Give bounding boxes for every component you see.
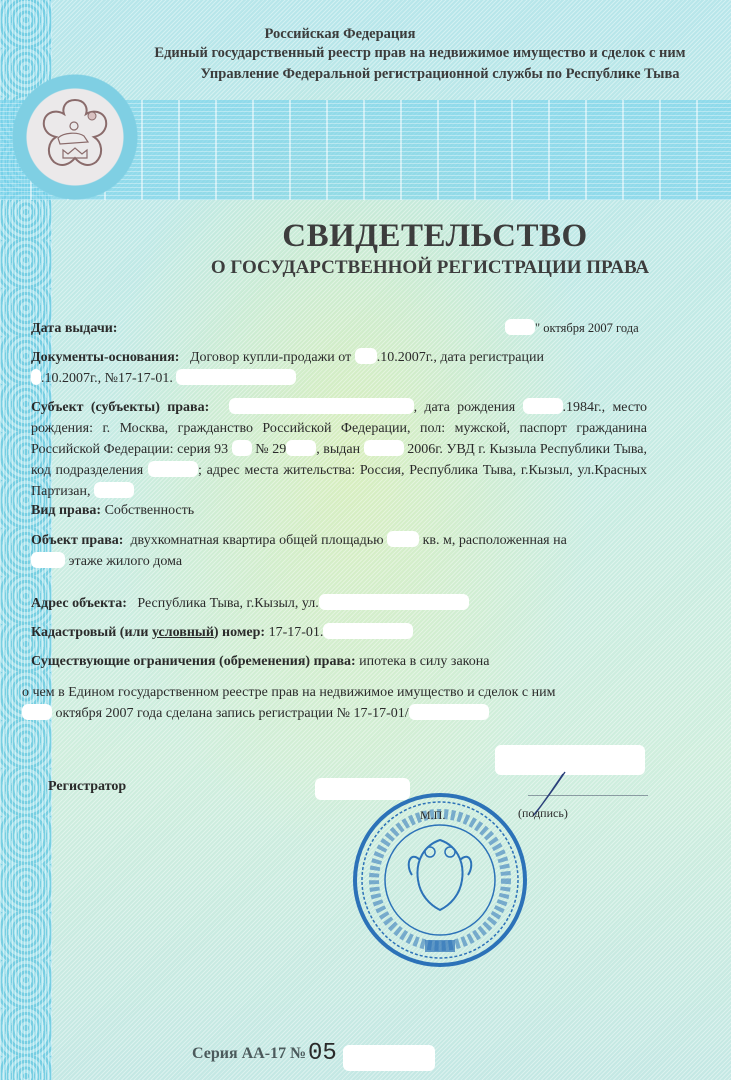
redacted-day (505, 319, 535, 335)
redacted-area (387, 531, 419, 547)
issue-date-label: Дата выдачи: (31, 321, 117, 336)
header-authority: Управление Федеральной регистрационной с… (140, 66, 731, 83)
redacted-number (176, 369, 296, 385)
redacted-house (94, 482, 134, 498)
restrictions-field: Существующие ограничения (обременения) п… (31, 651, 647, 672)
cadastral-field: Кадастровый (или условный) номер: 17-17-… (31, 622, 647, 643)
document-subtitle: О ГОСУДАРСТВЕННОЙ РЕГИСТРАЦИИ ПРАВА (150, 257, 710, 279)
header-registry: Единый государственный реестр прав на не… (120, 45, 720, 62)
issue-date-value: " октября 2007 года (505, 319, 639, 336)
right-type-value: Собственность (105, 503, 195, 518)
subject-label: Субъект (субъекты) права: (31, 400, 209, 415)
cadastral-value: 17-17-01. (269, 625, 324, 640)
redacted-date (31, 369, 41, 385)
record-field: о чем в Едином государственном реестре п… (22, 682, 662, 724)
header-country: Российская Федерация (60, 26, 620, 43)
redacted-passport-series (232, 440, 252, 456)
object-label: Объект права: (31, 533, 123, 548)
documents-field: Документы-основания: Договор купли-прода… (31, 347, 647, 389)
redacted-day (22, 704, 52, 720)
redacted-passport-number (286, 440, 316, 456)
series-number: 05 (308, 1040, 337, 1067)
series-label: Серия АА-17 № (192, 1045, 306, 1063)
redacted-cadastral (323, 623, 413, 639)
redacted-floor (31, 552, 65, 568)
redacted-record-number (409, 704, 489, 720)
subject-field: Субъект (субъекты) права: , дата рождени… (31, 397, 647, 502)
right-type-field: Вид права: Собственность (31, 500, 647, 521)
document-title: СВИДЕТЕЛЬСТВО (150, 218, 720, 255)
mp-label: М.П. (420, 808, 445, 823)
documents-label: Документы-основания: (31, 350, 179, 365)
registrar-label: Регистратор (48, 779, 126, 795)
right-type-label: Вид права: (31, 503, 101, 518)
redacted-street (319, 594, 469, 610)
redacted-issue-date (364, 440, 404, 456)
redacted-name (229, 398, 414, 414)
redacted-birthdate (523, 398, 563, 414)
tuva-coat-of-arms-icon (30, 92, 120, 182)
redacted-series-number (343, 1045, 435, 1071)
cadastral-label: Кадастровый (или условный) номер: (31, 625, 265, 640)
address-field: Адрес объекта: Республика Тыва, г.Кызыл,… (31, 593, 647, 614)
address-label: Адрес объекта: (31, 596, 127, 611)
redacted-date (355, 348, 377, 364)
restrictions-label: Существующие ограничения (обременения) п… (31, 654, 356, 669)
emblem (8, 70, 142, 204)
object-field: Объект права: двухкомнатная квартира общ… (31, 530, 647, 572)
redacted-division-code (148, 461, 198, 477)
restrictions-value: ипотека в силу закона (359, 654, 489, 669)
